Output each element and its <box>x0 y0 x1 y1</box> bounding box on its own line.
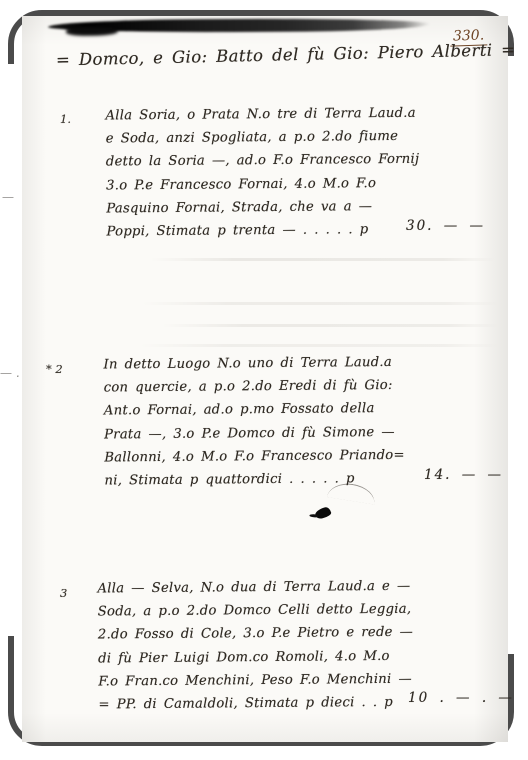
entry-text: Alla Soria, o Prata N.o tre di Terra Lau… <box>105 102 442 244</box>
stray-pen-mark: — . <box>0 366 20 380</box>
scan-bleed-left <box>0 64 24 636</box>
manuscript-line: In detto Luogo N.o uno di Terra Laud.a <box>103 351 439 377</box>
manuscript-line: Poppi, Stimata p trenta — . . . . . p <box>106 218 442 244</box>
entry-amount: 14. — — <box>424 467 503 483</box>
manuscript-line: con quercie, a p.o 2.do Eredi di fù Gio: <box>104 374 440 400</box>
manuscript-page: 330. = Domco, e Gio: Batto del fù Gio: P… <box>22 16 508 742</box>
entry-text: In detto Luogo N.o uno di Terra Laud.a c… <box>103 351 440 493</box>
manuscript-line: e Soda, anzi Spogliata, a p.o 2.do fiume <box>106 125 442 151</box>
scan-streak <box>142 302 498 305</box>
manuscript-line: Prata —, 3.o P.e Domco di fù Simone — <box>104 420 440 446</box>
scan-streak <box>150 258 495 261</box>
entry-amount: 10 . — . — <box>408 690 514 706</box>
entry-number: 1. <box>60 112 71 126</box>
entry-number: 3 <box>60 586 67 600</box>
entry-text: Alla — Selva, N.o dua di Terra Laud.a e … <box>97 575 434 717</box>
manuscript-line: di fù Pier Luigi Dom.co Romoli, 4.o M.o <box>98 644 434 670</box>
entry-number: * 2 <box>46 362 63 376</box>
scan-edge-artifact <box>48 18 430 33</box>
manuscript-line: Soda, a p.o 2.do Domco Celli detto Leggi… <box>98 598 434 624</box>
manuscript-line: = PP. di Camaldoli, Stimata p dieci . . … <box>98 691 434 717</box>
page-title: = Domco, e Gio: Batto del fù Gio: Piero … <box>56 41 456 69</box>
manuscript-line: 3.o P.e Francesco Fornai, 4.o M.o F.o <box>106 171 442 197</box>
manuscript-line: F.o Fran.co Menchini, Peso F.o Menchini … <box>98 667 434 693</box>
scan-streak <box>140 344 498 347</box>
manuscript-line: Ballonni, 4.o M.o F.o Francesco Priando= <box>104 443 440 469</box>
entry-amount: 30. — — <box>406 218 485 234</box>
manuscript-line: ni, Stimata p quattordici . . . . . p <box>104 467 440 493</box>
ink-blot <box>314 506 332 520</box>
manuscript-line: Alla Soria, o Prata N.o tre di Terra Lau… <box>105 102 441 128</box>
manuscript-line: Pasquino Fornai, Strada, che va a — <box>106 194 442 220</box>
manuscript-line: Ant.o Fornai, ad.o p.mo Fossato della <box>104 397 440 423</box>
manuscript-line: detto la Soria —, ad.o F.o Francesco For… <box>106 148 442 174</box>
scan-streak <box>162 324 498 327</box>
manuscript-line: Alla — Selva, N.o dua di Terra Laud.a e … <box>97 575 433 601</box>
stray-pen-mark: — <box>2 190 14 204</box>
manuscript-line: 2.do Fosso di Cole, 3.o P.e Pietro e red… <box>98 621 434 647</box>
scanned-manuscript-view: — — . 330. = Domco, e Gio: Batto del fù … <box>0 0 528 760</box>
